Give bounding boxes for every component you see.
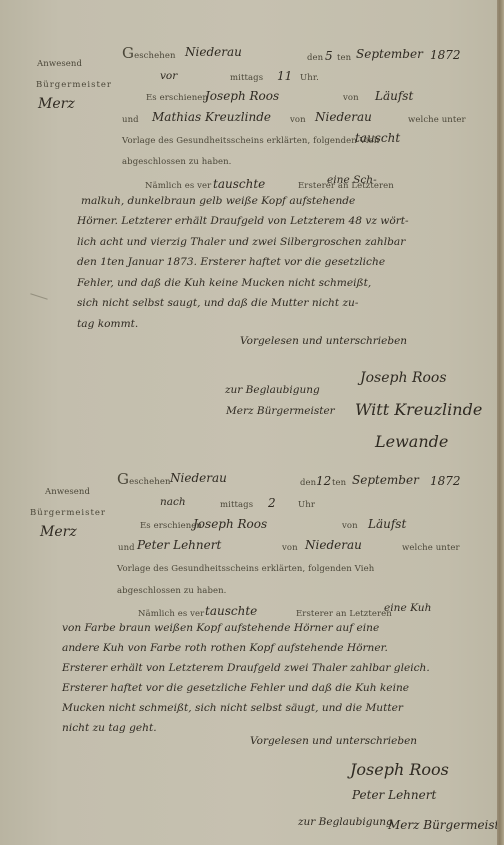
und-label: und xyxy=(118,543,135,553)
transaction-field: tauscht xyxy=(355,131,400,145)
hour-field: 2 xyxy=(268,496,276,510)
origin1-field: Läufst xyxy=(368,517,406,531)
origin2-field: Niederau xyxy=(305,538,362,552)
erschienen-label: Es erschienen xyxy=(146,93,208,103)
body-line: von Farbe braun weißen Kopf aufstehende … xyxy=(62,618,431,638)
body-line: Fehler, und daß die Kuh keine Mucken nic… xyxy=(77,273,409,294)
day-field: 5 xyxy=(325,49,333,63)
day-field: 12 xyxy=(316,474,331,488)
month-field: September xyxy=(352,473,419,487)
document-page: Anwesend Bürgermeister Merz Geschehen Ni… xyxy=(0,0,497,845)
mittags-label: mittags xyxy=(230,73,263,83)
body-line: Hörner. Letzterer erhält Draufgeld von L… xyxy=(77,211,409,232)
geschehen-label: Geschehen xyxy=(117,472,171,487)
present-label: Anwesend xyxy=(45,487,90,497)
body-line: Ersterer erhält von Letzterem Draufgeld … xyxy=(62,658,431,678)
von-label-2: von xyxy=(290,115,306,125)
person2-field: Peter Lehnert xyxy=(137,538,221,552)
origin2-field: Niederau xyxy=(315,110,372,124)
certification-text: zur Beglaubigung xyxy=(225,384,320,396)
closing-text: Vorgelesen und unterschrieben xyxy=(250,735,417,747)
signature-2: Witt Kreuzlinde xyxy=(355,400,482,419)
signature-1: Joseph Roos xyxy=(350,760,449,779)
mayor-name: Merz xyxy=(40,524,77,540)
geschehen-label: Geschehen xyxy=(122,46,176,61)
place-field: Niederau xyxy=(170,471,227,485)
time-prefix-field: nach xyxy=(160,496,186,508)
present-label: Anwesend xyxy=(37,59,82,69)
place-field: Niederau xyxy=(185,45,242,59)
mayor-label: Bürgermeister xyxy=(36,80,112,90)
person1-field: Joseph Roos xyxy=(205,89,279,103)
initial-capital: G xyxy=(122,44,134,62)
uhr-label: Uhr. xyxy=(300,73,319,83)
year-field: 1872 xyxy=(430,48,461,62)
certification-text: zur Beglaubigung xyxy=(298,816,393,828)
mayor-label: Bürgermeister xyxy=(30,508,106,518)
certifier-text: Merz Bürgermeister xyxy=(226,405,335,417)
closing-text: Vorgelesen und unterschrieben xyxy=(240,335,407,347)
body-line: den 1ten Januar 1873. Ersterer haftet vo… xyxy=(77,252,409,273)
von-label-2: von xyxy=(282,543,298,553)
welche-label: welche unter xyxy=(402,543,460,553)
von-label: von xyxy=(342,521,358,531)
vorlage-label: Vorlage des Gesundheitsscheins erklärten… xyxy=(122,136,379,146)
body-line: Mucken nicht schmeißt, sich nicht selbst… xyxy=(62,698,431,718)
signature-2: Peter Lehnert xyxy=(352,788,436,802)
margin-stroke xyxy=(30,293,47,300)
welche-label: welche unter xyxy=(408,115,466,125)
und-label: und xyxy=(122,115,139,125)
body-line: malkuh, dunkelbraun gelb weiße Kopf aufs… xyxy=(77,191,409,212)
certifier-text: Merz Bürgermeister xyxy=(388,818,504,832)
mittags-label: mittags xyxy=(220,500,253,510)
den-label: den xyxy=(300,478,316,488)
time-prefix-field: vor xyxy=(160,70,177,82)
body-line: eine Sch- xyxy=(77,170,409,191)
den-label: den xyxy=(307,53,323,63)
page-binding-edge xyxy=(497,0,504,845)
ten-label: ten xyxy=(337,53,351,63)
body-line: sich nicht selbst saugt, und daß die Mut… xyxy=(77,293,409,314)
body-line: Ersterer haftet vor die gesetzliche Fehl… xyxy=(62,678,431,698)
body-line: tag kommt. xyxy=(77,314,409,335)
body-line: lich acht und vierzig Thaler und zwei Si… xyxy=(77,232,409,253)
person1-field: Joseph Roos xyxy=(193,517,267,531)
abgeschlossen-label: abgeschlossen zu haben. xyxy=(122,157,232,167)
hour-field: 11 xyxy=(277,69,292,83)
body-line: andere Kuh von Farbe roth rothen Kopf au… xyxy=(62,638,431,658)
handwritten-body: eine Sch- malkuh, dunkelbraun gelb weiße… xyxy=(77,170,409,334)
vorlage-label: Vorlage des Gesundheitsscheins erklärten… xyxy=(117,564,374,574)
handwritten-body: eine Kuh von Farbe braun weißen Kopf auf… xyxy=(62,598,431,738)
uhr-label: Uhr xyxy=(298,500,315,510)
month-field: September xyxy=(356,47,423,61)
year-field: 1872 xyxy=(430,474,461,488)
initial-capital: G xyxy=(117,470,129,488)
signature-3: Lewande xyxy=(375,432,448,451)
geschehen-rest: eschehen xyxy=(129,477,170,487)
von-label: von xyxy=(343,93,359,103)
origin1-field: Läufst xyxy=(375,89,413,103)
signature-1: Joseph Roos xyxy=(360,370,447,386)
mayor-name: Merz xyxy=(38,96,75,112)
body-line: eine Kuh xyxy=(62,598,431,618)
ten-label: ten xyxy=(332,478,346,488)
geschehen-rest: eschehen xyxy=(134,51,175,61)
abgeschlossen-label: abgeschlossen zu haben. xyxy=(117,586,227,596)
person2-field: Mathias Kreuzlinde xyxy=(152,110,271,124)
